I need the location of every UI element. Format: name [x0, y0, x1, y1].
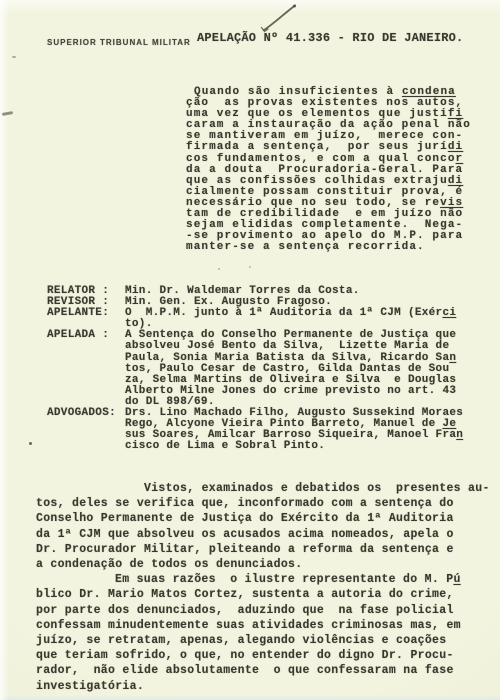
case-parties-block: RELATOR :Min. Dr. Waldemar Torres da Cos…	[47, 286, 472, 452]
party-value: Drs. Lino Machado Filho, Augusto Susseki…	[125, 408, 472, 452]
case-title: APELAÇÃO Nº 41.336 - RIO DE JANEIRO.	[197, 31, 463, 45]
party-label: APELADA :	[47, 330, 125, 341]
scan-artifact	[249, 266, 251, 268]
scan-artifact	[29, 442, 32, 445]
text-line: blico Dr. Mario Matos Cortez, sustenta a…	[36, 587, 472, 602]
paragraph: Vistos, examinados e debatidos os presen…	[36, 481, 472, 572]
paragraph: Em suas razões o ilustre representante d…	[36, 572, 472, 694]
party-row: APELANTE:O M.P.M. junto à 1ª Auditoria d…	[47, 308, 472, 330]
text-line: O M.P.M. junto à 1ª Auditoria da 1ª CJM …	[125, 308, 472, 319]
handwritten-check-slash-icon	[258, 2, 302, 34]
party-row: ADVOGADOS:Drs. Lino Machado Filho, Augus…	[47, 408, 472, 452]
text-line: Vistos, examinados e debatidos os presen…	[36, 481, 472, 496]
party-row: APELADA :A Sentença do Conselho Permanen…	[47, 330, 472, 408]
text-line: rador, não elide absolutamente o que con…	[36, 663, 472, 678]
party-label: APELANTE:	[47, 308, 125, 319]
party-value: O M.P.M. junto à 1ª Auditoria da 1ª CJM …	[125, 308, 472, 330]
text-line: Dr. Procurador Militar, pleiteando a ref…	[36, 542, 472, 557]
party-value: A Sentença do Conselho Permanente de Jus…	[125, 330, 472, 408]
decision-body-text: Vistos, examinados e debatidos os presen…	[36, 481, 472, 694]
scan-artifact	[2, 111, 13, 116]
text-line: por parte dos denunciados, aduzindo que …	[36, 603, 472, 618]
text-line: confessam minudentemente suas atividades…	[36, 618, 472, 633]
text-line: juízo, se retratam, apenas, alegando vio…	[36, 633, 472, 648]
text-line: Em suas razões o ilustre representante d…	[36, 572, 472, 587]
text-line: que teriam sofrido, o que, no entender d…	[36, 648, 472, 663]
text-line: Conselho Permanente de Justiça do Exérci…	[36, 511, 472, 526]
letterhead-org: SUPERIOR TRIBUNAL MILITAR	[47, 38, 191, 47]
text-line: da 1ª CJM que absolveu os acusados acima…	[36, 527, 472, 542]
ementa-summary-block: Quando são insuficientes à condenação as…	[186, 87, 481, 253]
text-line: a condenação de todos os denunciados.	[36, 557, 472, 572]
text-line: investigatória.	[36, 679, 472, 694]
scan-artifact	[218, 268, 220, 270]
scanned-document-page: SUPERIOR TRIBUNAL MILITAR APELAÇÃO Nº 41…	[0, 0, 500, 700]
text-line: manter-se a sentença recorrida.	[186, 242, 481, 253]
text-line: cisco de Lima e Sobral Pinto.	[125, 441, 472, 452]
text-line: tos, deles se verifica que, inconformado…	[36, 496, 472, 511]
party-label: ADVOGADOS:	[47, 408, 125, 419]
scan-artifact	[12, 56, 16, 58]
